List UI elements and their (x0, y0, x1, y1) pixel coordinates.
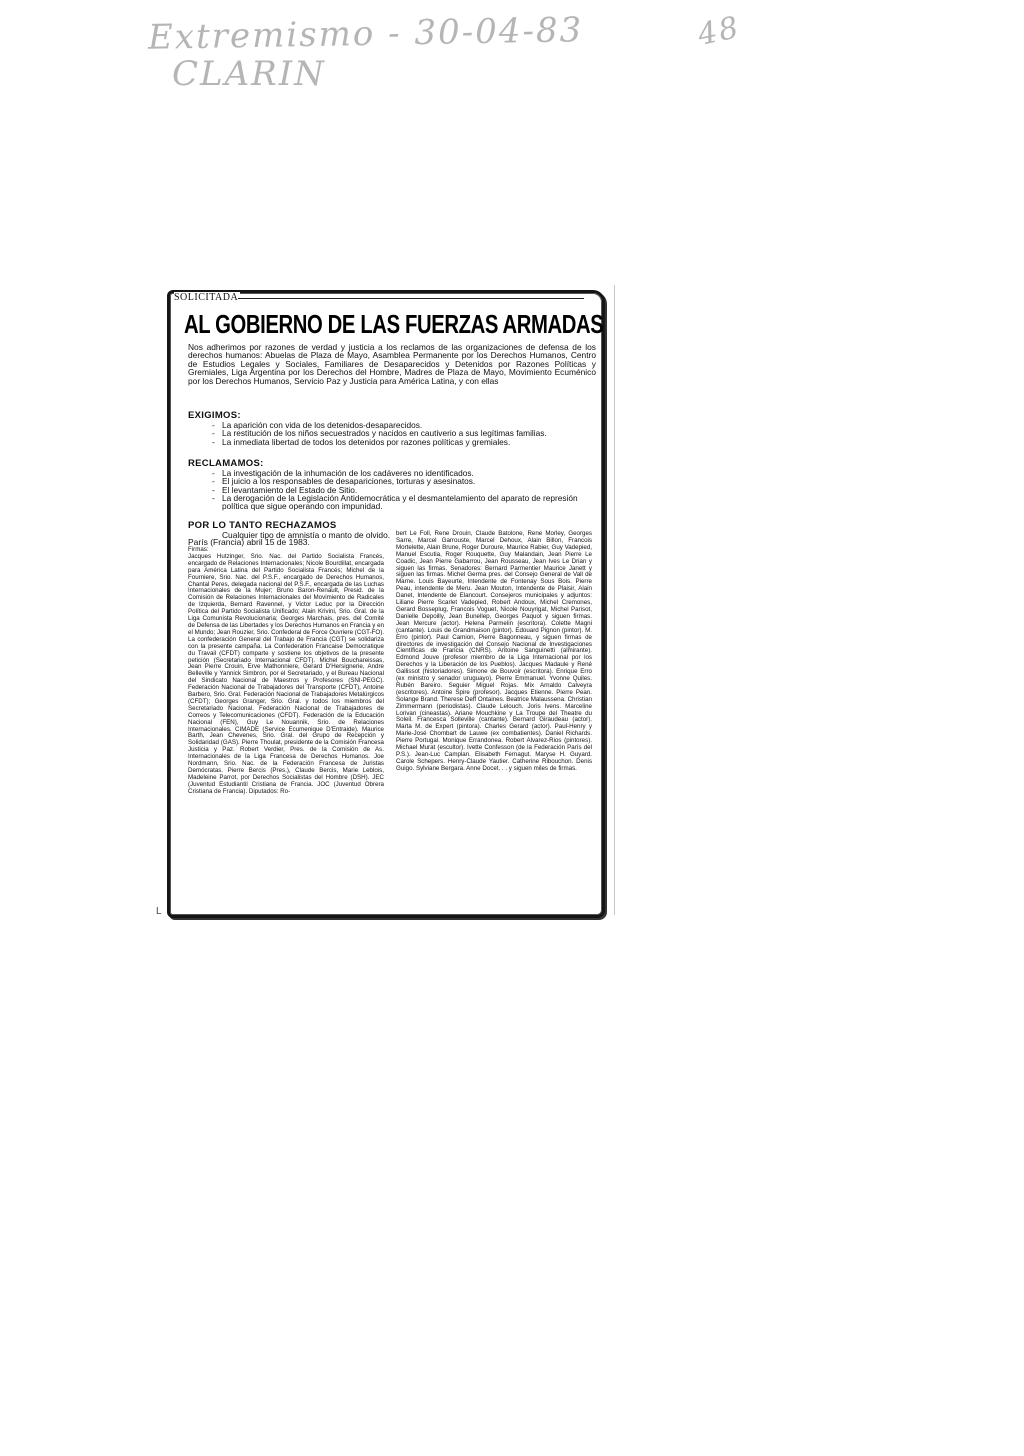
kicker-rule (238, 298, 584, 299)
newspaper-clipping: SOLICITADA AL GOBIERNO DE LAS FUERZAS AR… (167, 290, 605, 918)
signatures-column-2: bert Le Foll, Rene Drouin, Claude Batolo… (396, 531, 592, 773)
handwritten-archive-label: Extremismo - 30-04-83 (148, 10, 584, 58)
signatures-text-2: bert Le Foll, Rene Drouin, Claude Batolo… (396, 531, 592, 773)
handwritten-page-number: 48 (695, 10, 744, 53)
scan-artifact-line (614, 285, 615, 915)
scan-corner-mark: L (156, 906, 162, 917)
signatures-text-1: Jacques Hutzinger, Srio. Nac. del Partid… (188, 554, 384, 796)
signatures-column-1: Firmas: Jacques Hutzinger, Srio. Nac. de… (188, 547, 384, 796)
headline: AL GOBIERNO DE LAS FUERZAS ARMADAS (184, 309, 603, 340)
intro-paragraph: Nos adherimos por razones de verdad y ju… (188, 343, 596, 385)
kicker-label: SOLICITADA (174, 292, 240, 303)
exigimos-item: La inmediata libertad de todos los deten… (212, 438, 604, 446)
handwritten-source-label: CLARIN (172, 54, 326, 94)
exigimos-list: La aparición con vida de los detenidos-d… (212, 421, 604, 446)
reclamamos-list: La investigación de la inhumación de los… (212, 469, 604, 510)
reclamamos-item: La derogación de la Legislación Antidemo… (212, 494, 604, 511)
